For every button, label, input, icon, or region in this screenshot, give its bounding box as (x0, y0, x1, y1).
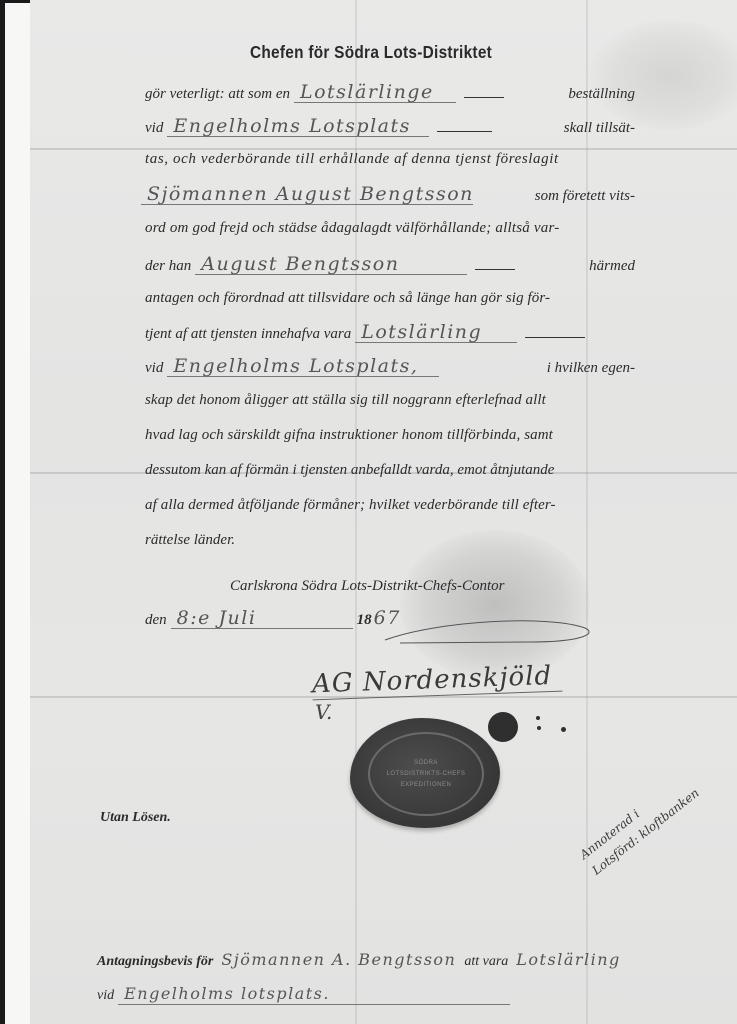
body-line-3: tas, och vederbörande till erhållande af… (145, 151, 635, 175)
handwritten-position: Lotslärling (512, 950, 624, 970)
blank-line (437, 121, 492, 132)
body-line-4: Sjömannen August Bengtsson som företett … (145, 184, 635, 208)
handwritten-location: Engelholms Lotsplats, (167, 356, 439, 377)
printed-text: ord om god frejd och städse ådagalagdt v… (145, 220, 559, 237)
printed-text: af alla dermed åtföljande förmåner; hvil… (145, 497, 556, 514)
body-line-2: vid Engelholms Lotsplats skall tillsät- (145, 116, 635, 140)
printed-text: som företett vits- (535, 188, 635, 205)
ink-dot (537, 726, 541, 730)
handwritten-date: 8:e Juli (171, 608, 353, 629)
blank-line (525, 327, 585, 338)
ink-blot (488, 712, 518, 742)
seal-text: LOTSDISTRIKTS-CHEFS (387, 771, 466, 777)
handwritten-name: Sjömannen A. Bengtsson (217, 950, 460, 970)
footer-line-1: Antagningsbevis för Sjömannen A. Bengtss… (97, 950, 629, 974)
printed-text: i hvilken egen- (547, 360, 635, 377)
printed-text: att vara (464, 954, 508, 970)
blank-line (475, 259, 515, 270)
printed-text: antagen och förordnad att tillsvidare oc… (145, 290, 550, 307)
printed-text: vid (145, 360, 163, 377)
handwritten-name: August Bengtsson (195, 254, 467, 275)
signature-initial: V. (315, 700, 332, 724)
water-stain (590, 20, 737, 130)
printed-text: der han (145, 258, 191, 275)
document-title: Chefen för Södra Lots-Distriktet (250, 42, 492, 63)
printed-text: tjent af att tjensten innehafva vara (145, 326, 351, 343)
printed-text: vid (145, 120, 163, 137)
seal-text: EXPEDITIONEN (401, 782, 452, 788)
handwritten-location: Engelholms lotsplats. (118, 984, 510, 1005)
printed-text: Antagningsbevis för (97, 954, 213, 970)
body-line-12: dessutom kan af förmän i tjensten anbefa… (145, 462, 635, 486)
body-line-5: ord om god frejd och städse ådagalagdt v… (145, 220, 635, 244)
body-line-1: gör veterligt: att som en Lotslärlinge b… (145, 82, 635, 106)
year-printed: 18 (357, 612, 372, 629)
handwritten-position: Lotslärlinge (294, 82, 456, 103)
seal-text: SÖDRA (414, 760, 438, 766)
handwritten-name: Sjömannen August Bengtsson (141, 184, 473, 205)
body-line-6: der han August Bengtsson härmed (145, 254, 635, 278)
body-line-8: tjent af att tjensten innehafva vara Lot… (145, 322, 635, 346)
ink-dot (561, 727, 566, 732)
body-line-14: rättelse länder. (145, 532, 635, 556)
printed-text: härmed (589, 258, 635, 275)
body-line-13: af alla dermed åtföljande förmåner; hvil… (145, 497, 635, 521)
printed-text: gör veterligt: att som en (145, 86, 290, 103)
seal-inscription: SÖDRA LOTSDISTRIKTS-CHEFS EXPEDITIONEN (368, 732, 484, 816)
printed-text: rättelse länder. (145, 532, 235, 549)
printed-text: skall tillsät- (564, 120, 635, 137)
date-prefix: den (145, 612, 167, 629)
fee-note: Utan Lösen. (100, 810, 171, 826)
handwritten-position: Lotslärling (355, 322, 517, 343)
place-line: Carlskrona Södra Lots-Distrikt-Chefs-Con… (230, 578, 504, 595)
printed-text: beställning (568, 86, 635, 103)
blank-line (464, 87, 504, 98)
date-flourish (380, 610, 600, 650)
fold-crease (30, 148, 737, 150)
printed-text: tas, och vederbörande till erhållande af… (145, 151, 559, 168)
body-line-9: vid Engelholms Lotsplats, i hvilken egen… (145, 356, 635, 380)
ink-dot (536, 716, 540, 720)
body-line-10: skap det honom åligger att ställa sig ti… (145, 392, 635, 416)
handwritten-location: Engelholms Lotsplats (167, 116, 429, 137)
printed-text: vid (97, 988, 114, 1004)
printed-text: dessutom kan af förmän i tjensten anbefa… (145, 462, 554, 479)
wax-seal: SÖDRA LOTSDISTRIKTS-CHEFS EXPEDITIONEN (350, 718, 500, 828)
printed-text: skap det honom åligger att ställa sig ti… (145, 392, 546, 409)
printed-text: hvad lag och särskildt gifna instruktion… (145, 427, 553, 444)
body-line-11: hvad lag och särskildt gifna instruktion… (145, 427, 635, 451)
body-line-7: antagen och förordnad att tillsvidare oc… (145, 290, 635, 314)
footer-line-2: vid Engelholms lotsplats. (97, 984, 514, 1008)
